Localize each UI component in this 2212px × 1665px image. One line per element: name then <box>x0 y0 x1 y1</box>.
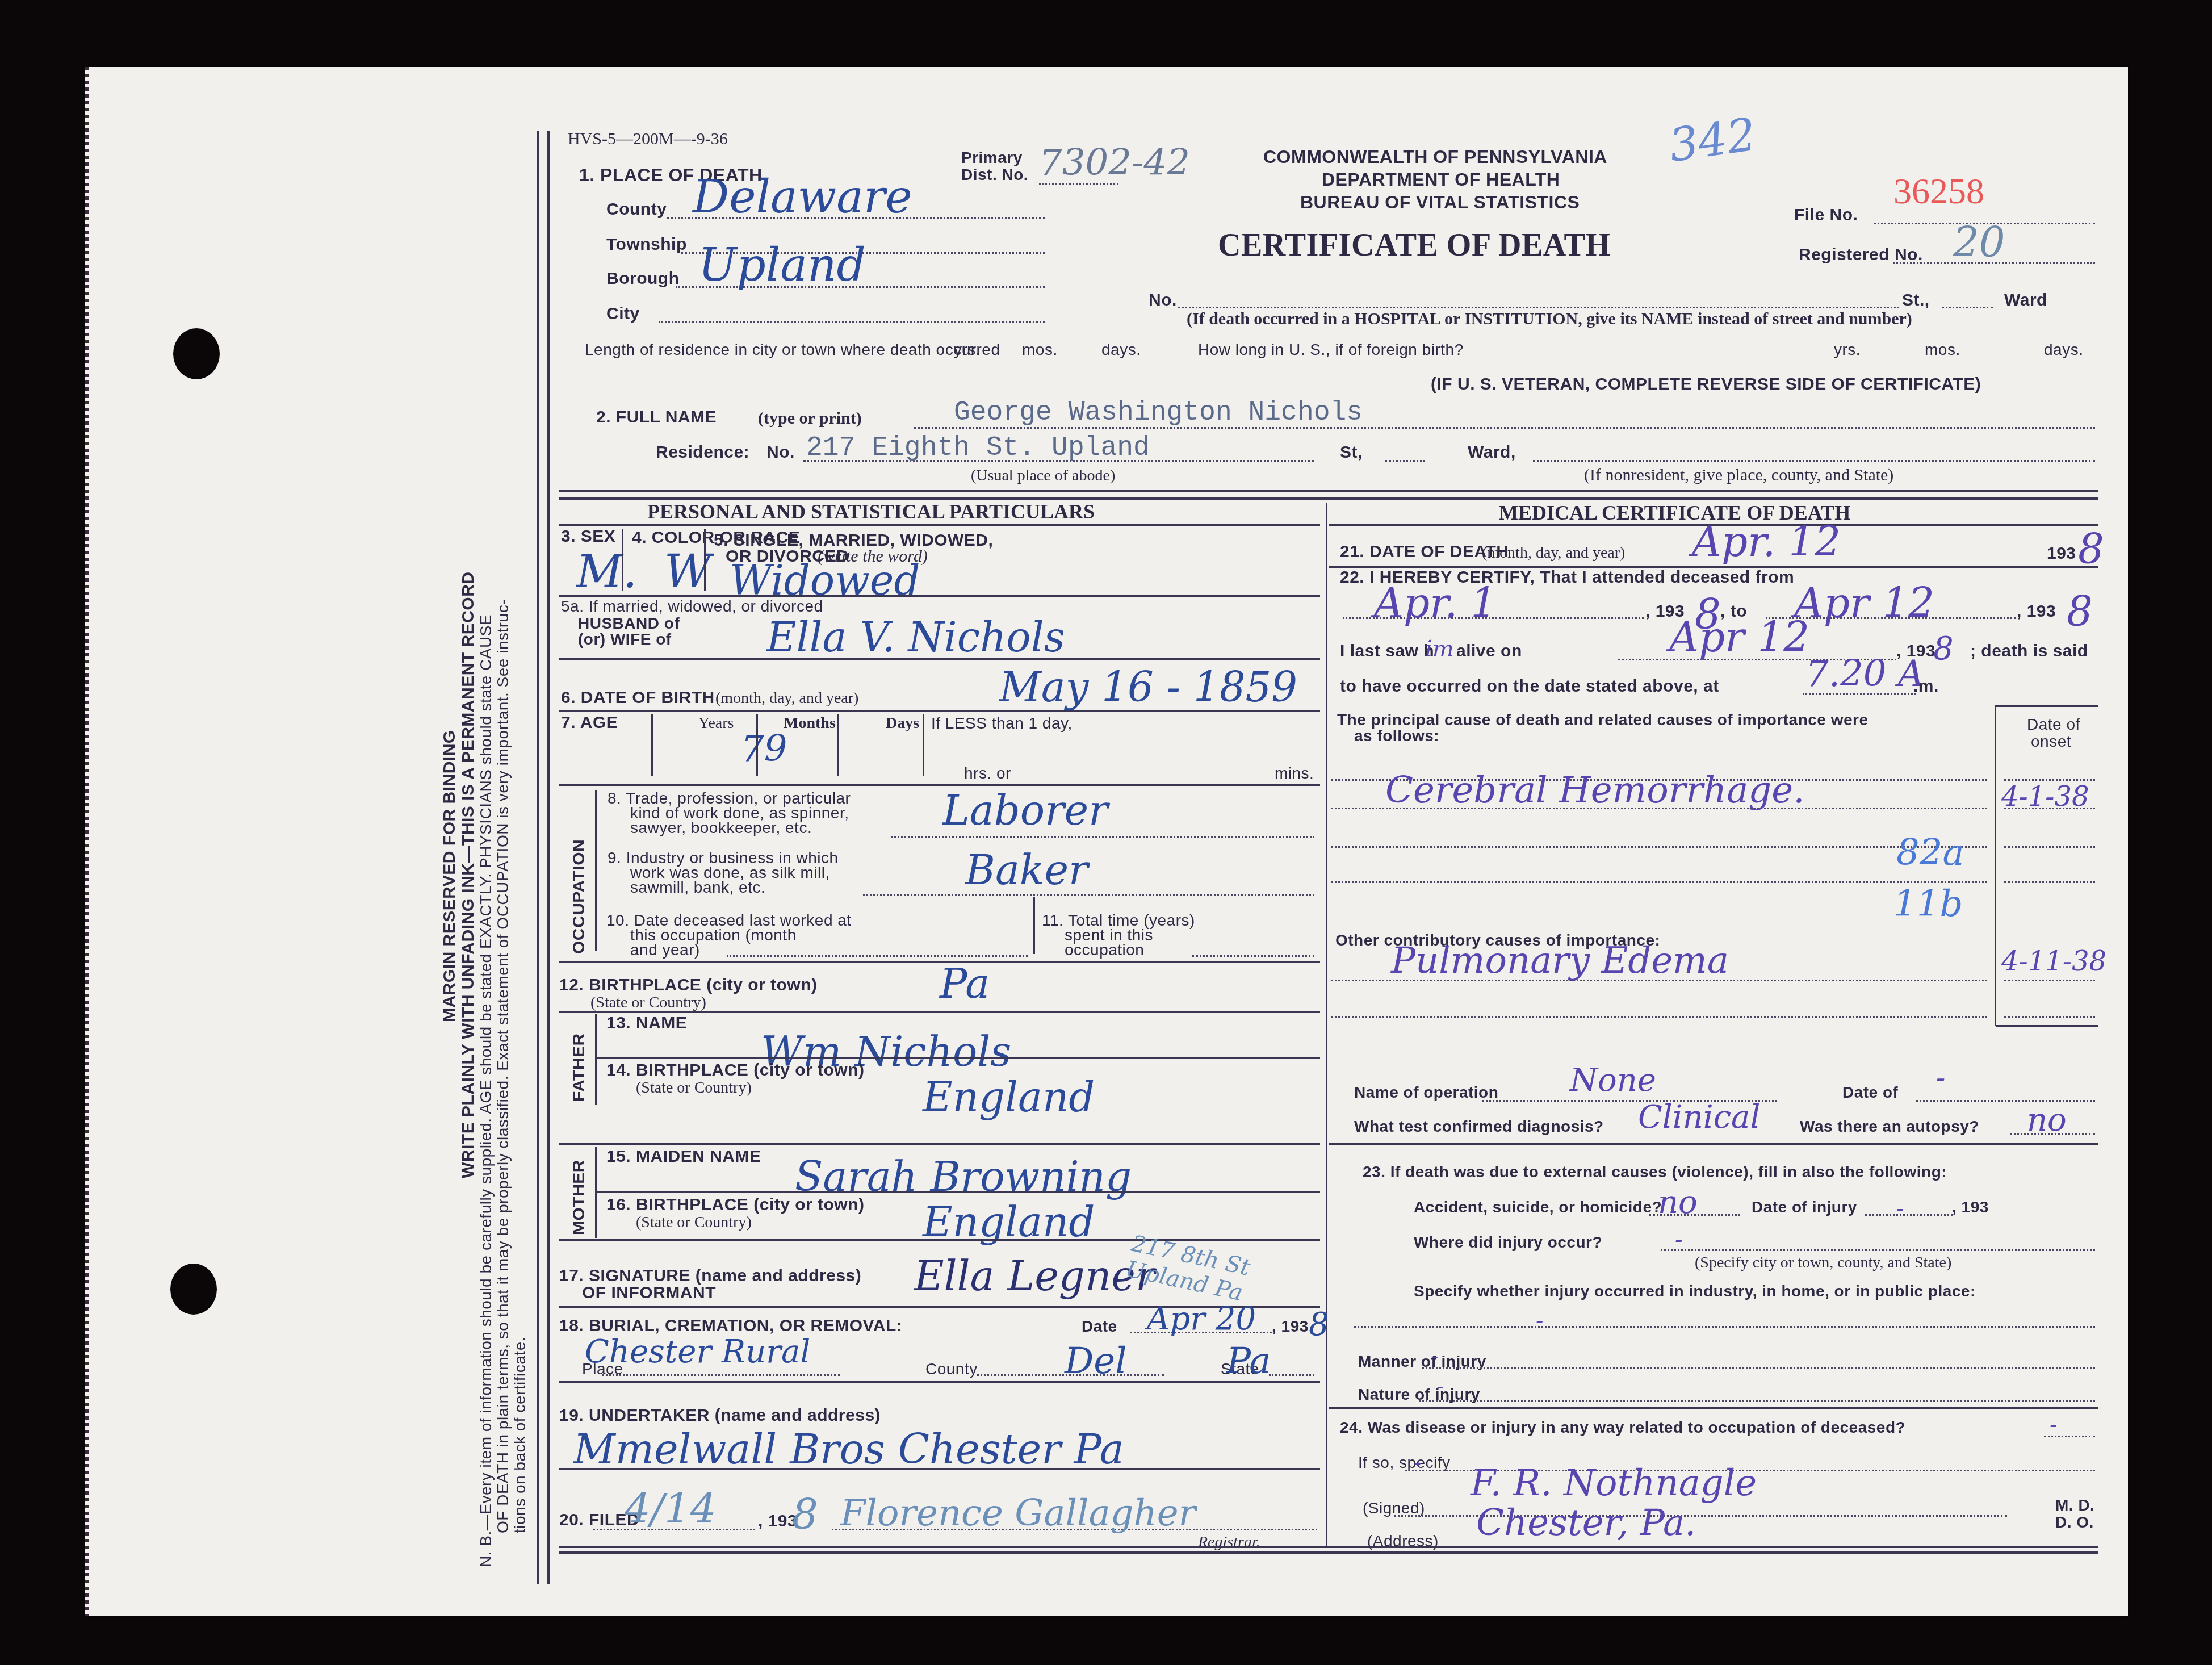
age-months-label: Months <box>784 714 836 733</box>
spouse-value[interactable]: Ella V. Nichols <box>766 613 1065 661</box>
age-mins-label: mins. <box>1275 764 1314 783</box>
informant-signature[interactable]: Ella Legner <box>914 1252 1155 1300</box>
margin-nb-line2: OF DEATH in plain terms, so that it may … <box>494 599 512 1533</box>
external-causes-label: 23. If death was due to external causes … <box>1363 1163 1947 1181</box>
margin-ink-note: WRITE PLAINLY WITH UNFADING INK—THIS IS … <box>459 572 478 1178</box>
filed-year-prefix: , 193 <box>758 1512 797 1531</box>
dist-no-label: Dist. No. <box>961 166 1028 184</box>
registered-no-label: Registered No. <box>1799 245 1923 265</box>
time-suffix: .m. <box>1913 677 1939 696</box>
nature-value[interactable]: - <box>1436 1373 1444 1399</box>
occurred-at-label: to have occurred on the date stated abov… <box>1340 677 1719 696</box>
injury-year-prefix: , 193 <box>1952 1198 1989 1216</box>
death-said-label: ; death is said <box>1970 642 2088 661</box>
full-name-hint: (type or print) <box>758 409 862 428</box>
residence-st-label: St, <box>1340 443 1363 462</box>
age-less-label: If LESS than 1 day, <box>931 714 1073 733</box>
no-label: No. <box>1149 291 1177 310</box>
last-saw-value[interactable]: Apr 12 <box>1669 613 1809 661</box>
father-birthplace-label-1: 14. BIRTHPLACE (city or town) <box>606 1061 865 1080</box>
residence-length-label: Length of residence in city or town wher… <box>585 341 1000 359</box>
personal-section-title: PERSONAL AND STATISTICAL PARTICULARS <box>647 500 1095 524</box>
ward-label: Ward <box>2004 291 2047 310</box>
accident-value[interactable]: no <box>1658 1184 1698 1221</box>
mother-name-value[interactable]: Sarah Browning <box>795 1153 1132 1200</box>
last-saw-year[interactable]: 8 <box>1933 630 1954 667</box>
onset-label-2: onset <box>2031 733 2071 751</box>
full-name-label: 2. FULL NAME <box>596 408 717 427</box>
burial-state-value[interactable]: Pa <box>1226 1340 1271 1382</box>
usual-abode-hint: (Usual place of abode) <box>971 467 1115 485</box>
city-label: City <box>606 304 640 324</box>
alive-on-label: alive on <box>1456 642 1522 661</box>
mos-label: mos. <box>1022 341 1058 359</box>
contributory-onset-value[interactable]: 4-11-38 <box>2001 946 2106 977</box>
mother-name-label: 15. MAIDEN NAME <box>606 1147 761 1166</box>
file-no-value: 36258 <box>1893 170 1984 212</box>
full-name-value[interactable]: George Washington Nichols <box>954 398 1363 428</box>
injury-place-value[interactable]: - <box>1536 1307 1544 1333</box>
punch-hole <box>170 1264 217 1315</box>
father-side-label: FATHER <box>569 1033 589 1102</box>
spouse-label-3: (or) WIFE of <box>578 630 672 649</box>
header-bureau: BUREAU OF VITAL STATISTICS <box>1300 192 1580 213</box>
industry-label-3: sawmill, bank, etc. <box>630 878 765 897</box>
foreign-yrs-label: yrs. <box>1834 341 1861 359</box>
father-birthplace-value[interactable]: England <box>923 1073 1095 1121</box>
undertaker-value[interactable]: Mmelwall Bros Chester Pa <box>573 1425 1124 1473</box>
file-no-label: File No. <box>1794 206 1858 225</box>
industry-value[interactable]: Baker <box>965 846 1088 894</box>
attended-to-value[interactable]: Apr 12 <box>1794 579 1934 627</box>
do-label: D. O. <box>2055 1513 2094 1532</box>
mother-birthplace-label-2: (State or Country) <box>636 1214 752 1232</box>
sex-value[interactable]: M. <box>576 545 637 598</box>
time-of-death-value[interactable]: 7.20 A <box>1805 653 1924 695</box>
attended-from-value[interactable]: Apr. 1 <box>1374 579 1497 627</box>
residence-no-label: No. <box>766 443 795 462</box>
trade-value[interactable]: Laborer <box>942 787 1108 834</box>
where-injury-label: Where did injury occur? <box>1414 1233 1602 1252</box>
test-value[interactable]: Clinical <box>1638 1099 1760 1136</box>
dod-year-prefix: 193 <box>2047 544 2076 563</box>
burial-date-value[interactable]: Apr 20 <box>1147 1300 1256 1337</box>
physician-signature[interactable]: F. R. Nothnagle <box>1471 1462 1757 1504</box>
hospital-note: (If death occurred in a HOSPITAL or INST… <box>1187 309 1912 329</box>
contributory-cause-value[interactable]: Pulmonary Edema <box>1391 940 1729 982</box>
mother-birthplace-label-1: 16. BIRTHPLACE (city or town) <box>606 1195 865 1215</box>
age-years-label: Years <box>698 714 734 733</box>
filed-value[interactable]: 4/14 <box>625 1485 717 1533</box>
burial-county-label: County <box>925 1360 978 1378</box>
test-label: What test confirmed diagnosis? <box>1354 1118 1604 1136</box>
residence-label: Residence: <box>656 443 749 462</box>
yrs-label: yrs. <box>954 341 981 359</box>
burial-year-prefix: , 193 <box>1272 1317 1309 1336</box>
burial-label: 18. BURIAL, CREMATION, OR REMOVAL: <box>559 1316 902 1336</box>
filed-year-value[interactable]: 8 <box>792 1491 818 1538</box>
onset-label-1: Date of <box>2027 716 2080 734</box>
occupational-value[interactable]: - <box>2050 1412 2058 1438</box>
occupation-side-label: OCCUPATION <box>569 839 589 954</box>
county-label: County <box>606 200 667 219</box>
dod-hint: (month, day, and year) <box>1482 544 1625 562</box>
margin-nb-line3: tions on back of certificate. <box>511 1337 529 1533</box>
operation-label: Name of operation <box>1354 1083 1498 1102</box>
binding-border <box>537 131 550 1584</box>
foreign-days-label: days. <box>2044 341 2083 359</box>
age-hrs-label: hrs. or <box>964 764 1011 783</box>
where-injury-value[interactable]: - <box>1675 1227 1683 1253</box>
where-injury-hint: (Specify city or town, county, and State… <box>1695 1254 1951 1272</box>
age-label: 7. AGE <box>561 713 618 733</box>
dob-value[interactable]: May 16 - 1859 <box>999 663 1297 711</box>
last-worked-label-3: and year) <box>630 941 700 959</box>
birthplace-value[interactable]: Pa <box>940 960 990 1007</box>
veteran-note: (IF U. S. VETERAN, COMPLETE REVERSE SIDE… <box>1431 375 1981 394</box>
certificate-title: CERTIFICATE OF DEATH <box>1218 227 1611 263</box>
last-saw-label: I last saw h <box>1340 642 1434 661</box>
margin-binding-note: MARGIN RESERVED FOR BINDING <box>440 730 459 1022</box>
total-time-label-3: occupation <box>1065 941 1144 959</box>
autopsy-value[interactable]: no <box>2027 1102 2067 1139</box>
header-department: DEPARTMENT OF HEALTH <box>1322 169 1560 190</box>
margin-nb-line1: N. B.—Every item of information should b… <box>477 614 495 1567</box>
township-label: Township <box>606 235 687 254</box>
punch-hole <box>173 328 220 379</box>
registered-no-value: 20 <box>1953 219 2005 266</box>
occupational-label: 24. Was disease or injury in any way rel… <box>1340 1419 1905 1437</box>
physician-address[interactable]: Chester, Pa. <box>1476 1502 1696 1544</box>
header-commonwealth: COMMONWEALTH OF PENNSYLVANIA <box>1263 147 1607 168</box>
informant-label-1: 17. SIGNATURE (name and address) <box>559 1266 861 1286</box>
burial-year-value[interactable]: 8 <box>1309 1306 1329 1343</box>
dob-hint: (month, day, and year) <box>715 689 858 708</box>
st-label: St., <box>1902 291 1930 310</box>
operation-date-label: Date of <box>1842 1083 1898 1102</box>
sex-label: 3. SEX <box>561 527 615 546</box>
days-label: days. <box>1101 341 1141 359</box>
dod-value[interactable]: Apr. 12 <box>1692 518 1841 566</box>
trade-label-3: sawyer, bookkeeper, etc. <box>630 819 812 837</box>
nonresident-note: (If nonresident, give place, county, and… <box>1584 466 1893 485</box>
principal-cause-value[interactable]: Cerebral Hemorrhage. <box>1385 769 1805 811</box>
residence-ward-label: Ward, <box>1468 443 1516 462</box>
county-value[interactable]: Delaware <box>693 170 912 223</box>
birthplace-label-1: 12. BIRTHPLACE (city or town) <box>559 976 818 995</box>
borough-label: Borough <box>606 269 679 288</box>
age-years-value[interactable]: 79 <box>741 728 787 770</box>
dob-label: 6. DATE OF BIRTH <box>561 688 715 708</box>
attended-to-year[interactable]: 8 <box>2067 588 2093 635</box>
burial-county-value[interactable]: Del <box>1065 1340 1127 1382</box>
operation-value[interactable]: None <box>1570 1062 1656 1099</box>
autopsy-label: Was there an autopsy? <box>1800 1118 1979 1136</box>
undertaker-label: 19. UNDERTAKER (name and address) <box>559 1406 881 1425</box>
operation-date-value[interactable]: - <box>1936 1062 1945 1094</box>
age-days-label: Days <box>886 714 919 733</box>
primary-label: Primary <box>961 149 1023 167</box>
cause-label-2: as follows: <box>1354 727 1439 745</box>
injury-date-value[interactable]: - <box>1896 1195 1904 1221</box>
residence-value[interactable]: 217 Eighth St. Upland <box>806 433 1150 463</box>
informant-label-2: OF INFORMANT <box>582 1283 716 1303</box>
md-label: M. D. <box>2055 1496 2094 1515</box>
form-code: HVS-5—200M—-9-36 <box>568 129 728 149</box>
code-annotation-82a: 82a <box>1896 832 1964 874</box>
primary-dist-value: 7302-42 <box>1039 142 1190 184</box>
foreign-mos-label: mos. <box>1925 341 1960 359</box>
registrar-signature[interactable]: Florence Gallagher <box>840 1492 1196 1534</box>
father-name-label: 13. NAME <box>606 1014 687 1033</box>
mother-side-label: MOTHER <box>569 1160 589 1235</box>
birthplace-label-2: (State or Country) <box>590 994 706 1012</box>
if-so-value[interactable]: - <box>1414 1449 1422 1475</box>
accident-label: Accident, suicide, or homicide? <box>1414 1198 1662 1216</box>
father-birthplace-label-2: (State or Country) <box>636 1079 752 1097</box>
injury-date-label: Date of injury <box>1752 1198 1857 1216</box>
attended-to-year-prefix: , 193 <box>2017 602 2056 621</box>
last-saw-him[interactable]: im <box>1425 636 1454 662</box>
burial-place-value[interactable]: Chester Rural <box>585 1333 810 1370</box>
foreign-birth-label: How long in U. S., if of foreign birth? <box>1198 341 1464 359</box>
borough-value[interactable]: Upland <box>698 239 866 291</box>
burial-date-label: Date <box>1082 1317 1117 1336</box>
code-annotation-11b: 11b <box>1893 883 1963 925</box>
manner-value[interactable]: - <box>1431 1343 1439 1369</box>
injury-place-label: Specify whether injury occurred in indus… <box>1414 1282 1976 1300</box>
